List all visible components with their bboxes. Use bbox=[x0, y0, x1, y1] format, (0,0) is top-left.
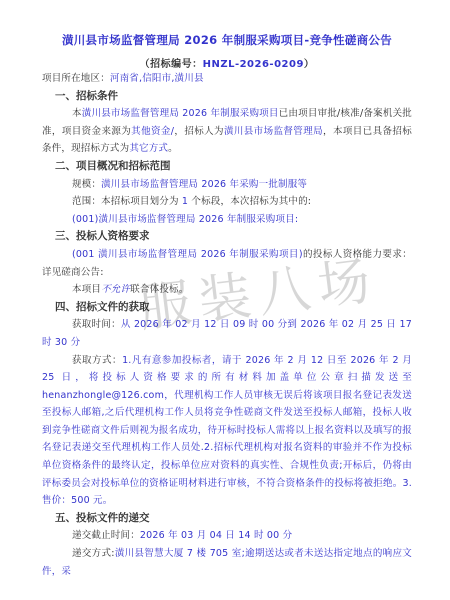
page-title: 潢川县市场监督管理局 2026 年制服采购项目-竞争性磋商公告 bbox=[42, 33, 412, 48]
text-segment: 联合体投标。 bbox=[130, 284, 188, 295]
submission-method-line: 递交方式:潢川县智慧大厦 7 楼 705 室;逾期送达或者未送达指定地点的响应文… bbox=[42, 545, 412, 580]
range-line: 范围：本招标项目划分为 1 个标段，本次招标为其中的: bbox=[42, 193, 412, 211]
project-name: 潢川县市场监督管理局 2026 年制服采购项目 bbox=[82, 108, 279, 119]
lot-reference: (001 潢川县市场监督管理局 2026 年制服采购项目) bbox=[72, 249, 303, 260]
obtain-method-paragraph: 获取方式：1.凡有意参加投标者，请于 2026 年 2 月 12 日至 2026… bbox=[42, 352, 412, 510]
not-allowed-flag: 不允许 bbox=[101, 284, 130, 295]
text-segment: 范围：本招标项目划分为 bbox=[72, 196, 182, 207]
scale-label: 规模： bbox=[72, 179, 101, 190]
location-value: 河南省,信阳市,潢川县 bbox=[110, 73, 204, 84]
bid-number-prefix: （招标编号： bbox=[140, 59, 203, 70]
section-2-heading: 二、项目概况和招标范围 bbox=[42, 158, 412, 176]
submission-deadline-label: 递交截止时间： bbox=[72, 530, 140, 541]
text-segment: 。 bbox=[168, 143, 178, 154]
project-location-line: 项目所在地区：河南省,信阳市,潢川县 bbox=[42, 70, 412, 88]
funding-source: 其他资金/ bbox=[131, 126, 174, 137]
lot-title: (001)潢川县市场监督管理局 2026 年制服采购项目: bbox=[72, 214, 298, 225]
document-content: 潢川县市场监督管理局 2026 年制服采购项目-竞争性磋商公告 （招标编号：HN… bbox=[42, 33, 412, 580]
section-3-heading: 三、投标人资格要求 bbox=[42, 228, 412, 246]
text-segment: 本项目 bbox=[72, 284, 101, 295]
submission-method-label: 递交方式: bbox=[72, 548, 115, 559]
announcement-page: 服装八场 潢川县市场监督管理局 2026 年制服采购项目-竞争性磋商公告 （招标… bbox=[0, 0, 450, 600]
text-segment: ，招标人为 bbox=[174, 126, 224, 137]
section-1-heading: 一、招标条件 bbox=[42, 88, 412, 106]
obtain-method-label: 获取方式： bbox=[72, 355, 122, 366]
bid-number-code: HNZL-2026-0209 bbox=[203, 59, 304, 70]
obtain-method-value: 1.凡有意参加投标者，请于 2026 年 2 月 12 日至 2026 年 2 … bbox=[42, 355, 412, 507]
submission-deadline-value: 2026 年 03 月 04 日 14 时 00 分 bbox=[140, 530, 292, 541]
submission-deadline-line: 递交截止时间：2026 年 03 月 04 日 14 时 00 分 bbox=[42, 527, 412, 545]
text-segment: 个标段，本次招标为其中的: bbox=[188, 196, 311, 207]
obtain-time-line: 获取时间：从 2026 年 02 月 12 日 09 时 00 分到 2026 … bbox=[42, 316, 412, 351]
joint-bid-line: 本项目不允许联合体投标。 bbox=[42, 281, 412, 299]
bid-number-suffix: ） bbox=[304, 59, 315, 70]
scale-value: 潢川县市场监督管理局 2026 年采购一批制服等 bbox=[101, 179, 307, 190]
section-5-heading: 五、投标文件的递交 bbox=[42, 510, 412, 528]
obtain-time-label: 获取时间： bbox=[72, 319, 121, 330]
scale-line: 规模：潢川县市场监督管理局 2026 年采购一批制服等 bbox=[42, 176, 412, 194]
tender-method: 其它方式 bbox=[129, 143, 168, 154]
lot-line: (001)潢川县市场监督管理局 2026 年制服采购项目: bbox=[42, 211, 412, 229]
section-4-heading: 四、招标文件的获取 bbox=[42, 299, 412, 317]
bid-number: （招标编号：HNZL-2026-0209） bbox=[42, 55, 412, 70]
text-segment: 本 bbox=[72, 108, 82, 119]
location-label: 项目所在地区： bbox=[42, 73, 110, 84]
tenderer-name: 潢川县市场监督管理局 bbox=[224, 126, 323, 137]
qualification-line: (001 潢川县市场监督管理局 2026 年制服采购项目)的投标人资格能力要求：… bbox=[42, 246, 412, 281]
section-1-paragraph: 本潢川县市场监督管理局 2026 年制服采购项目已由项目审批/核准/备案机关批准… bbox=[42, 105, 412, 158]
